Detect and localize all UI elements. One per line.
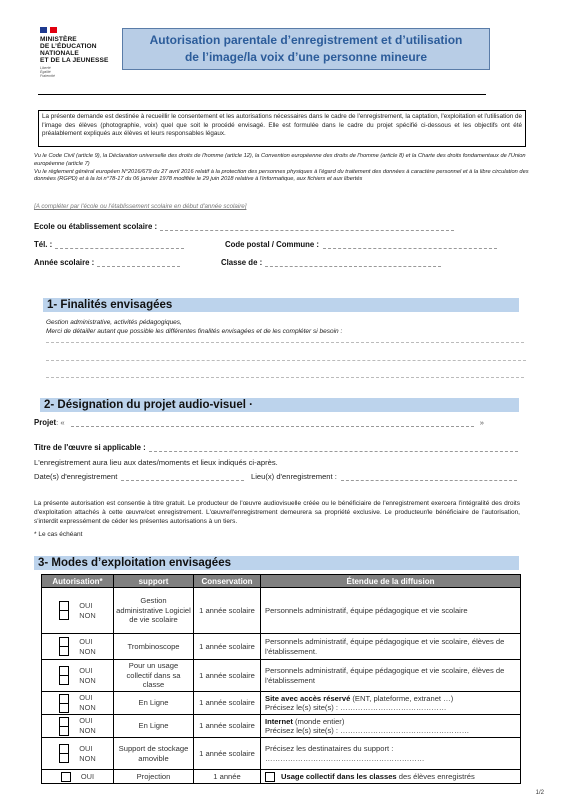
- dates-intro: L'enregistrement aura lieu aux dates/mom…: [34, 458, 278, 467]
- collective-use-checkbox[interactable]: [265, 772, 275, 782]
- non-checkbox[interactable]: [59, 646, 69, 656]
- legal-references: Vu le Code Civil (article 9), la Déclara…: [34, 153, 534, 184]
- support-cell: Pour un usage collectif dans sa classe: [114, 660, 194, 692]
- diffusion-cell: Personnels administratif, équipe pédagog…: [261, 588, 521, 634]
- table-row: OUI Projection 1 année Usage collectif d…: [42, 770, 521, 784]
- recipients-input[interactable]: ………………………………………………………: [265, 754, 518, 764]
- work-title-field: Titre de l'œuvre si applicable :: [34, 443, 518, 452]
- header-divider: [38, 94, 486, 95]
- complete-note: [A compléter par l'école ou l'établissem…: [34, 203, 246, 210]
- diffusion-cell: Précisez les destinataires du support : …: [261, 738, 521, 770]
- republic-motto: Liberté Égalité Fraternité: [40, 66, 130, 78]
- non-checkbox[interactable]: [59, 753, 69, 763]
- postal-field: Code postal / Commune :: [225, 240, 497, 249]
- work-title-input[interactable]: [149, 444, 518, 452]
- conservation-cell: 1 année scolaire: [194, 715, 261, 738]
- places-field: Lieu(x) d'enregistrement :: [251, 472, 517, 481]
- project-input[interactable]: [71, 419, 474, 427]
- dates-field: Date(s) d'enregistrement: [34, 472, 244, 481]
- conservation-cell: 1 année scolaire: [194, 738, 261, 770]
- document-title: Autorisation parentale d’enregistrement …: [122, 28, 490, 70]
- phone-field: Tél. :: [34, 240, 184, 249]
- dates-input[interactable]: [121, 473, 244, 481]
- school-field: Ecole ou établissement scolaire :: [34, 222, 454, 231]
- conservation-cell: 1 année scolaire: [194, 692, 261, 715]
- col-conservation: Conservation: [194, 575, 261, 588]
- footnote: * Le cas échéant: [34, 530, 82, 539]
- table-row: OUINON Gestion administrative Logiciel d…: [42, 588, 521, 634]
- oui-checkbox[interactable]: [61, 772, 71, 782]
- support-cell: Trombinoscope: [114, 634, 194, 660]
- diffusion-cell: Usage collectif dans les classes des élè…: [261, 770, 521, 784]
- non-checkbox[interactable]: [59, 703, 69, 713]
- section-2-header: 2- Désignation du projet audio-visuel ·: [40, 398, 519, 412]
- section-3-header: 3- Modes d’exploitation envisagées: [34, 556, 519, 570]
- page-number: 1/2: [536, 790, 544, 796]
- support-cell: Gestion administrative Logiciel de vie s…: [114, 588, 194, 634]
- non-checkbox[interactable]: [59, 610, 69, 620]
- ministry-name: MINISTÈRE DE L’ÉDUCATION NATIONALE ET DE…: [40, 36, 130, 64]
- site-input[interactable]: Précisez le(s) site(s) : …………………………………………: [265, 726, 518, 736]
- section-1-text: Gestion administrative, activités pédago…: [46, 318, 526, 336]
- col-diffusion: Étendue de la diffusion: [261, 575, 521, 588]
- ministry-logo: MINISTÈRE DE L’ÉDUCATION NATIONALE ET DE…: [40, 27, 130, 78]
- diffusion-cell: Personnels administratif, équipe pédagog…: [261, 660, 521, 692]
- intro-box: La présente demande est destinée à recue…: [38, 110, 526, 147]
- col-support: support: [114, 575, 194, 588]
- rights-paragraph: La présente autorisation est consentie à…: [34, 499, 520, 526]
- conservation-cell: 1 année scolaire: [194, 588, 261, 634]
- places-input[interactable]: [341, 473, 517, 481]
- table-row: OUINON Pour un usage collectif dans sa c…: [42, 660, 521, 692]
- purpose-line-1[interactable]: [46, 342, 524, 343]
- exploitation-modes-table: Autorisation* support Conservation Étend…: [41, 574, 521, 784]
- class-field: Classe de :: [221, 258, 441, 267]
- table-row: OUINON Support de stockage amovible 1 an…: [42, 738, 521, 770]
- conservation-cell: 1 année scolaire: [194, 660, 261, 692]
- french-flag-icon: [40, 27, 58, 33]
- support-cell: En Ligne: [114, 692, 194, 715]
- diffusion-cell: Internet (monde entier) Précisez le(s) s…: [261, 715, 521, 738]
- site-input[interactable]: Précisez le(s) site(s) : ……………………………………: [265, 703, 518, 713]
- table-header-row: Autorisation* support Conservation Étend…: [42, 575, 521, 588]
- year-input[interactable]: [97, 259, 180, 267]
- diffusion-cell: Personnels administratif, équipe pédagog…: [261, 634, 521, 660]
- non-checkbox[interactable]: [59, 675, 69, 685]
- col-authorization: Autorisation*: [42, 575, 114, 588]
- year-field: Année scolaire :: [34, 258, 180, 267]
- non-checkbox[interactable]: [59, 726, 69, 736]
- class-input[interactable]: [265, 259, 441, 267]
- section-1-header: 1- Finalités envisagées: [43, 298, 519, 312]
- support-cell: En Ligne: [114, 715, 194, 738]
- conservation-cell: 1 année scolaire: [194, 634, 261, 660]
- project-field: Projet : « »: [34, 418, 494, 427]
- table-row: OUINON En Ligne 1 année scolaire Site av…: [42, 692, 521, 715]
- conservation-cell: 1 année: [194, 770, 261, 784]
- table-row: OUINON Trombinoscope 1 année scolaire Pe…: [42, 634, 521, 660]
- purpose-line-2[interactable]: [46, 360, 526, 361]
- support-cell: Projection: [114, 770, 194, 784]
- support-cell: Support de stockage amovible: [114, 738, 194, 770]
- diffusion-cell: Site avec accès réservé (ENT, plateforme…: [261, 692, 521, 715]
- purpose-line-3[interactable]: [46, 377, 524, 378]
- school-input[interactable]: [160, 223, 454, 231]
- table-row: OUINON En Ligne 1 année scolaire Interne…: [42, 715, 521, 738]
- phone-input[interactable]: [55, 241, 184, 249]
- postal-input[interactable]: [323, 241, 497, 249]
